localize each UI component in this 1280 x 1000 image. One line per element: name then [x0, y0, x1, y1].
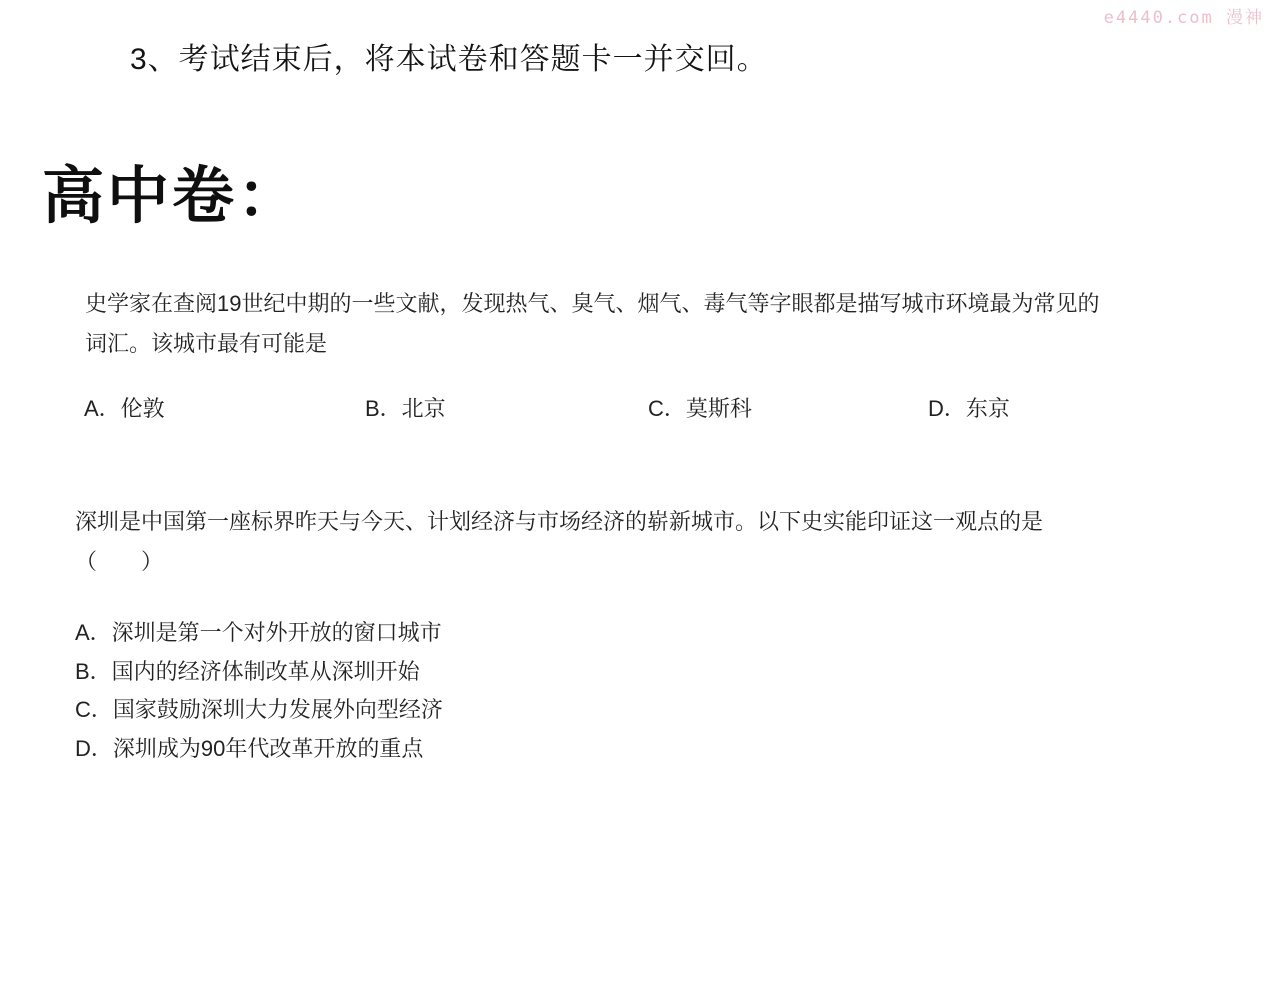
question-1-stem-line-2: 词汇。该城市最有可能是 — [85, 324, 1215, 364]
question-2-options-list: A．深圳是第一个对外开放的窗口城市 B．国内的经济体制改革从深圳开始 C．国家鼓… — [75, 614, 443, 768]
question-2-stem-line-1: 深圳是中国第一座标界昨天与今天、计划经济与市场经济的崭新城市。以下史实能印证这一… — [75, 502, 1215, 542]
question-1-stem-line-1: 史学家在查阅19世纪中期的一些文献，发现热气、臭气、烟气、毒气等字眼都是描写城市… — [85, 284, 1215, 324]
question-1-option-a: A．伦敦 — [84, 392, 165, 423]
watermark-text: e4440.com 漫神 — [1104, 3, 1264, 28]
question-2-stem: 深圳是中国第一座标界昨天与今天、计划经济与市场经济的崭新城市。以下史实能印证这一… — [75, 502, 1215, 582]
question-1-stem: 史学家在查阅19世纪中期的一些文献，发现热气、臭气、烟气、毒气等字眼都是描写城市… — [85, 284, 1215, 364]
question-1-options-row: A．伦敦 B．北京 C．莫斯科 D．东京 — [0, 392, 1280, 424]
exam-instruction-line: 3、考试结束后，将本试卷和答题卡一并交回。 — [130, 34, 768, 78]
question-2-option-a: A．深圳是第一个对外开放的窗口城市 — [75, 614, 443, 653]
question-2-option-d: D．深圳成为90年代改革开放的重点 — [75, 730, 443, 769]
question-1-option-d: D．东京 — [928, 392, 1010, 423]
question-2-option-c: C．国家鼓励深圳大力发展外向型经济 — [75, 691, 443, 730]
question-2-option-b: B．国内的经济体制改革从深圳开始 — [75, 653, 443, 692]
question-1-option-c: C．莫斯科 — [648, 392, 752, 423]
question-1-option-b: B．北京 — [365, 392, 446, 423]
question-2-stem-line-2: （ ） — [75, 542, 1215, 582]
exam-document-page: e4440.com 漫神 3、考试结束后，将本试卷和答题卡一并交回。 高中卷： … — [0, 0, 1280, 1000]
section-title: 高中卷： — [42, 146, 302, 235]
